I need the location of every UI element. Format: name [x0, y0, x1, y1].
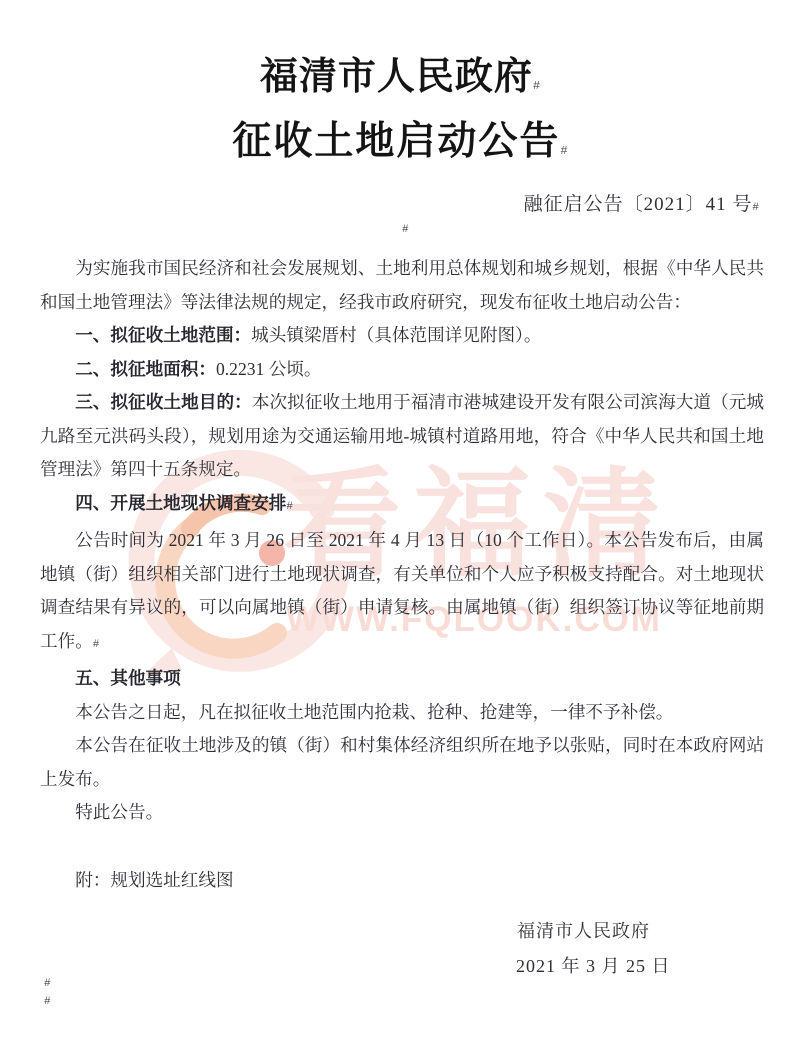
signature-date: 2021 年 3 月 25 日: [516, 952, 671, 978]
section-5-text-2: 本公告在征收土地涉及的镇（街）和村集体经济组织所在地予以张贴，同时在本政府网站上…: [40, 735, 764, 789]
format-mark-center: #: [402, 224, 409, 236]
format-mark: #: [286, 501, 293, 513]
announcement-document: 福清市人民政府# 征收土地启动公告# 融征启公告〔2021〕41 号# # 为实…: [0, 0, 800, 1049]
section-5-paragraph-2: 本公告在征收土地涉及的镇（街）和村集体经济组织所在地予以张贴，同时在本政府网站上…: [40, 729, 764, 796]
section-5-heading: 五、其他事项: [40, 662, 764, 696]
intro-text: 为实施我市国民经济和社会发展规划、土地利用总体规划和城乡规划，根据《中华人民共和…: [40, 258, 764, 312]
section-4-heading: 四、开展土地现状调查安排#: [40, 487, 764, 525]
item-1: 一、拟征收土地范围：城头镇梁厝村（具体范围详见附图）。: [40, 319, 764, 353]
item-3-label: 三、拟征收土地目的：: [75, 392, 252, 412]
intro-paragraph: 为实施我市国民经济和社会发展规划、土地利用总体规划和城乡规划，根据《中华人民共和…: [40, 252, 764, 319]
section-5-text-1: 本公告之日起，凡在拟征收土地范围内抢栽、抢种、抢建等，一律不予补偿。: [75, 702, 673, 722]
section-4-heading-text: 四、开展土地现状调查安排: [75, 493, 286, 513]
title-line-1: 福清市人民政府#: [0, 50, 800, 114]
item-1-text: 城头镇梁厝村（具体范围详见附图）。: [251, 325, 541, 345]
attachment-text: 附：规划选址红线图: [75, 870, 233, 890]
document-number: 融征启公告〔2021〕41 号#: [524, 189, 760, 216]
document-number-text: 融征启公告〔2021〕41 号: [524, 194, 753, 215]
signature-authority: 福清市人民政府: [517, 917, 650, 943]
title-line-2-text: 征收土地启动公告: [232, 120, 560, 163]
item-2: 二、拟征地面积：0.2231 公顷。: [40, 353, 764, 387]
item-2-text: 0.2231 公顷。: [216, 359, 322, 379]
document-title: 福清市人民政府# 征收土地启动公告#: [0, 50, 800, 179]
item-2-label: 二、拟征地面积：: [75, 359, 216, 379]
section-5-paragraph-1: 本公告之日起，凡在拟征收土地范围内抢栽、抢种、抢建等，一律不予补偿。: [40, 696, 764, 730]
section-4-text: 公告时间为 2021 年 3 月 26 日至 2021 年 4 月 13 日（1…: [40, 530, 764, 651]
format-mark-bottom-1: #: [44, 978, 51, 990]
item-3: 三、拟征收土地目的：本次拟征收土地用于福清市港城建设开发有限公司滨海大道（元城九…: [40, 386, 764, 487]
format-mark: #: [560, 144, 567, 158]
section-5-heading-text: 五、其他事项: [75, 668, 181, 688]
format-mark: #: [93, 639, 100, 651]
item-1-label: 一、拟征收土地范围：: [75, 325, 251, 345]
title-line-2: 征收土地启动公告#: [0, 114, 800, 179]
format-mark: #: [752, 202, 760, 214]
closing-paragraph: 特此公告。: [40, 796, 764, 830]
document-body: 为实施我市国民经济和社会发展规划、土地利用总体规划和城乡规划，根据《中华人民共和…: [40, 252, 764, 897]
format-mark-bottom-2: #: [44, 996, 51, 1008]
attachment-line: 附：规划选址红线图: [40, 864, 764, 898]
format-mark: #: [533, 79, 540, 93]
title-line-1-text: 福清市人民政府: [260, 56, 533, 98]
section-4-paragraph: 公告时间为 2021 年 3 月 26 日至 2021 年 4 月 13 日（1…: [40, 524, 764, 662]
closing-text: 特此公告。: [75, 802, 163, 822]
